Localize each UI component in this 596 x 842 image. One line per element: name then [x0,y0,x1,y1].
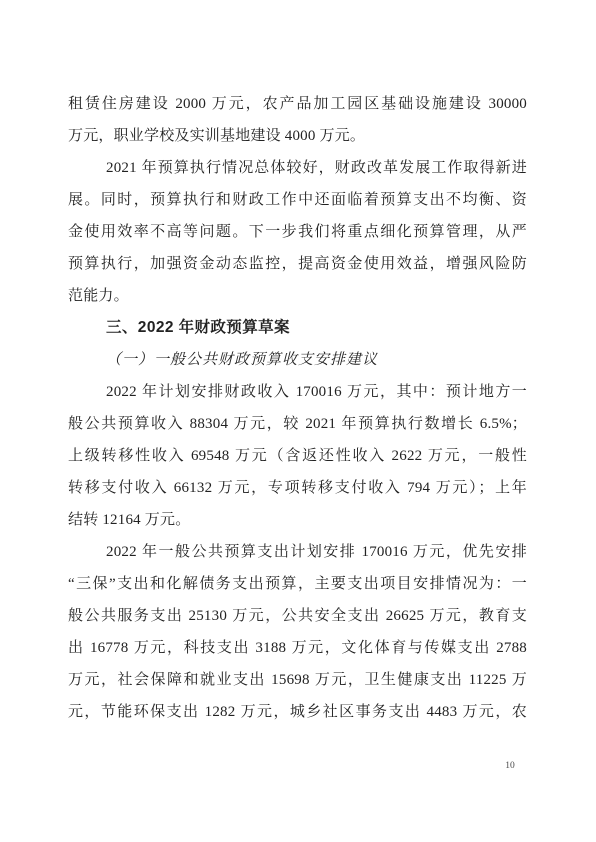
subsection-heading: （一）一般公共财政预算收支安排建议 [68,344,527,376]
section-heading: 三、2022 年财政预算草案 [68,312,527,344]
body-text-line: 租赁住房建设 2000 万元，农产品加工园区基础设施建设 30000 [68,88,527,120]
body-text-line: 般公共预算收入 88304 万元，较 2021 年预算执行数增长 6.5%； [68,408,527,440]
body-text-line: 结转 12164 万元。 [68,504,527,536]
body-text-line: 范能力。 [68,280,527,312]
body-text-line: 金使用效率不高等问题。下一步我们将重点细化预算管理，从严 [68,216,527,248]
document-text-block: 租赁住房建设 2000 万元，农产品加工园区基础设施建设 30000万元，职业学… [68,88,527,728]
body-text-line: 万元，社会保障和就业支出 15698 万元，卫生健康支出 11225 万 [68,664,527,696]
body-text-line: 万元，职业学校及实训基地建设 4000 万元。 [68,120,527,152]
body-text-line: 出 16778 万元，科技支出 3188 万元，文化体育与传媒支出 2788 [68,632,527,664]
body-text-line: “三保”支出和化解债务支出预算，主要支出项目安排情况为：一 [68,568,527,600]
body-text-line: 2022 年计划安排财政收入 170016 万元，其中：预计地方一 [68,376,527,408]
page-number: 10 [500,759,520,773]
document-page: 租赁住房建设 2000 万元，农产品加工园区基础设施建设 30000万元，职业学… [0,0,596,842]
body-text-line: 展。同时，预算执行和财政工作中还面临着预算支出不均衡、资 [68,184,527,216]
body-text-line: 2022 年一般公共预算支出计划安排 170016 万元，优先安排 [68,536,527,568]
body-text-line: 转移支付收入 66132 万元，专项转移支付收入 794 万元）；上年 [68,472,527,504]
body-text-line: 元，节能环保支出 1282 万元，城乡社区事务支出 4483 万元，农 [68,696,527,728]
body-text-line: 预算执行，加强资金动态监控，提高资金使用效益，增强风险防 [68,248,527,280]
body-text-line: 上级转移性收入 69548 万元（含返还性收入 2622 万元，一般性 [68,440,527,472]
body-text-line: 2021 年预算执行情况总体较好，财政改革发展工作取得新进 [68,152,527,184]
body-text-line: 般公共服务支出 25130 万元，公共安全支出 26625 万元，教育支 [68,600,527,632]
